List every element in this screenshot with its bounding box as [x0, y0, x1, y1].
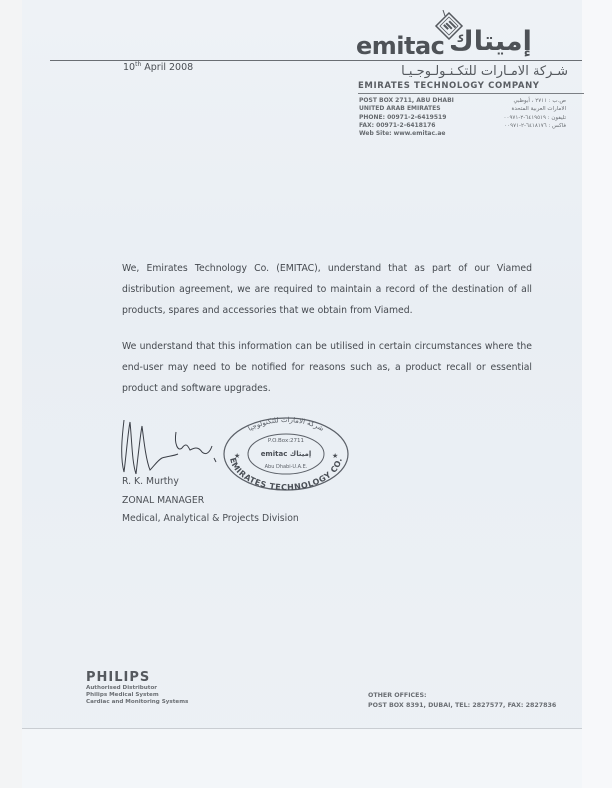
- philips-line: Cardiac and Monitoring Systems: [86, 699, 188, 706]
- stamp-arabic-text: شركة الامارات للتكنولوجيا: [247, 416, 326, 433]
- contact-english: POST BOX 2711, ABU DHABI UNITED ARAB EMI…: [359, 97, 454, 138]
- philips-logo: PHILIPS: [86, 671, 188, 685]
- star-icon: ★: [234, 452, 240, 460]
- contact-line-arabic: تليفون : ٦٤١٩٥١٩-٢-٠٠٩٧١: [470, 114, 566, 122]
- signatory-title: ZONAL MANAGER: [122, 492, 299, 511]
- emitac-logo: emitac إميتاك: [356, 0, 586, 60]
- contact-line-arabic: فاكس : ٦٤١٨١٧٦-٢-٠٠٩٧١: [470, 122, 566, 130]
- signatory-division: Medical, Analytical & Projects Division: [122, 510, 299, 529]
- scan-bottom-edge: [22, 728, 582, 788]
- stamp-po-box: P.O.Box:2711: [268, 438, 304, 444]
- logo-arabic-text: إميتاك: [449, 26, 532, 57]
- contact-line: Web Site: www.emitac.ae: [359, 130, 454, 138]
- contact-line: POST BOX 2711, ABU DHABI: [359, 97, 454, 105]
- stamp-location: Abu Dhabi-U.A.E.: [265, 464, 308, 470]
- philips-distributor-block: PHILIPS Authorised Distributor Philips M…: [86, 671, 188, 707]
- contact-arabic: ص.ب : ٢٧١١ ، أبوظبي الامارات العربية الم…: [470, 97, 566, 130]
- contact-line: PHONE: 00971-2-6419519: [359, 114, 454, 122]
- date-rest: April 2008: [141, 62, 193, 73]
- company-name-arabic: شـركة الامـارات للتكـنـولـوجـيـا: [358, 64, 568, 79]
- contact-line-arabic: الامارات العربية المتحدة: [470, 105, 566, 113]
- philips-line: Philips Medical System: [86, 692, 188, 699]
- philips-line: Authorised Distributor: [86, 685, 188, 692]
- signatory-name: R. K. Murthy: [122, 473, 299, 492]
- body-paragraph: We understand that this information can …: [122, 336, 532, 399]
- scan-margin-right: [582, 0, 612, 788]
- stamp-center-text: emitac إميتاك: [261, 450, 312, 458]
- svg-text:شركة الامارات للتكنولوجيا: شركة الامارات للتكنولوجيا: [247, 416, 326, 433]
- offices-detail: POST BOX 8391, DUBAI, TEL: 2827577, FAX:…: [368, 701, 556, 711]
- handwritten-signature: [116, 412, 226, 482]
- date-day: 10: [123, 62, 135, 73]
- logo-latin-text: emitac: [356, 32, 444, 60]
- contact-line: FAX: 00971-2-6418176: [359, 122, 454, 130]
- letter-body: We, Emirates Technology Co. (EMITAC), un…: [122, 258, 532, 414]
- company-name-english: EMIRATES TECHNOLOGY COMPANY: [358, 81, 540, 91]
- scan-margin-left: [0, 0, 22, 788]
- offices-label: OTHER OFFICES:: [368, 691, 556, 701]
- star-icon: ★: [332, 452, 338, 460]
- company-rule: [358, 93, 584, 94]
- body-paragraph: We, Emirates Technology Co. (EMITAC), un…: [122, 258, 532, 321]
- other-offices: OTHER OFFICES: POST BOX 8391, DUBAI, TEL…: [368, 691, 556, 711]
- signatory-block: R. K. Murthy ZONAL MANAGER Medical, Anal…: [122, 473, 299, 529]
- contact-line-arabic: ص.ب : ٢٧١١ ، أبوظبي: [470, 97, 566, 105]
- letter-date: 10th April 2008: [123, 61, 193, 73]
- contact-line: UNITED ARAB EMIRATES: [359, 105, 454, 113]
